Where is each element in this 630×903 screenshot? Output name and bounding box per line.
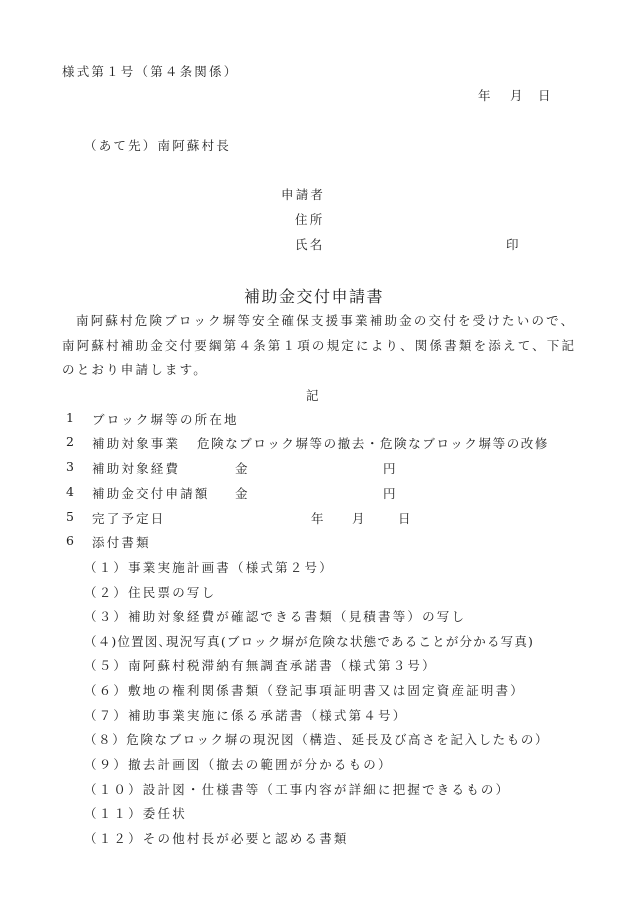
attachment-item: （１１）委任状	[84, 804, 187, 822]
item-label: 補助金交付申請額	[92, 484, 210, 502]
item-label: 補助対象事業	[92, 434, 180, 452]
ki-note: 記	[306, 386, 321, 404]
attachment-item: （７）補助事業実施に係る承諾書（様式第４号）	[84, 706, 407, 724]
body-line-3: のとおり申請します。	[62, 360, 208, 378]
completion-year: 年	[311, 509, 326, 527]
date-year: 年	[478, 86, 493, 104]
date-month: 月	[510, 86, 525, 104]
item-value: 危険なブロック塀等の撤去・危険なブロック塀等の改修	[197, 434, 549, 452]
document-title: 補助金交付申請書	[244, 284, 384, 307]
item-number: 5	[66, 509, 76, 524]
item-number: 2	[66, 434, 76, 449]
attachment-item: （１２）その他村長が必要と認める書類	[84, 829, 349, 847]
attachment-item: （９）撤去計画図（撤去の範囲が分かるもの）	[84, 755, 393, 773]
attachment-item: （１０）設計図・仕様書等（工事内容が詳細に把握できるもの）	[84, 780, 510, 798]
item-number: 1	[66, 410, 76, 425]
completion-day: 日	[398, 509, 413, 527]
item-label: 補助対象経費	[92, 459, 180, 477]
item-label: 完了予定日	[92, 509, 166, 527]
attachment-item: （１）事業実施計画書（様式第２号）	[84, 558, 334, 576]
applicant-label: 申請者	[281, 185, 325, 203]
item-number: 3	[66, 459, 76, 474]
amount-prefix: 金	[235, 484, 250, 502]
attachment-item: （４)位置図､現況写真(ブロック塀が危険な状態であることが分かる写真)	[84, 632, 534, 650]
amount-suffix: 円	[383, 459, 398, 477]
amount-prefix: 金	[235, 459, 250, 477]
completion-month: 月	[352, 509, 367, 527]
attachment-item: （３）補助対象経費が確認できる書類（見積書等）の写し	[84, 607, 466, 625]
body-line-1: 南阿蘇村危険ブロック塀等安全確保支援事業補助金の交付を受けたいので、	[76, 311, 575, 329]
item-number: 6	[66, 533, 76, 548]
attachment-item: （８）危険なブロック塀の現況図（構造、延長及び高さを記入したもの）	[84, 730, 549, 748]
attachment-item: （２）住民票の写し	[84, 583, 216, 601]
form-number: 様式第１号（第４条関係）	[62, 62, 238, 80]
name-label: 氏名	[295, 235, 324, 253]
item-number: 4	[66, 484, 76, 499]
item-label: ブロック塀等の所在地	[92, 410, 239, 428]
address-label: 住所	[295, 210, 324, 228]
amount-suffix: 円	[383, 484, 398, 502]
addressee: （あて先）南阿蘇村長	[84, 136, 231, 154]
attachment-item: （６）敷地の権利関係書類（登記事項証明書又は固定資産証明書）	[84, 681, 525, 699]
body-line-2: 南阿蘇村補助金交付要綱第４条第１項の規定により、関係書類を添えて、下記	[62, 336, 576, 354]
attachment-item: （５）南阿蘇村税滞納有無調査承諾書（様式第３号）	[84, 656, 437, 674]
item-label: 添付書類	[92, 533, 151, 551]
seal-mark: 印	[506, 235, 521, 253]
date-day: 日	[538, 86, 553, 104]
